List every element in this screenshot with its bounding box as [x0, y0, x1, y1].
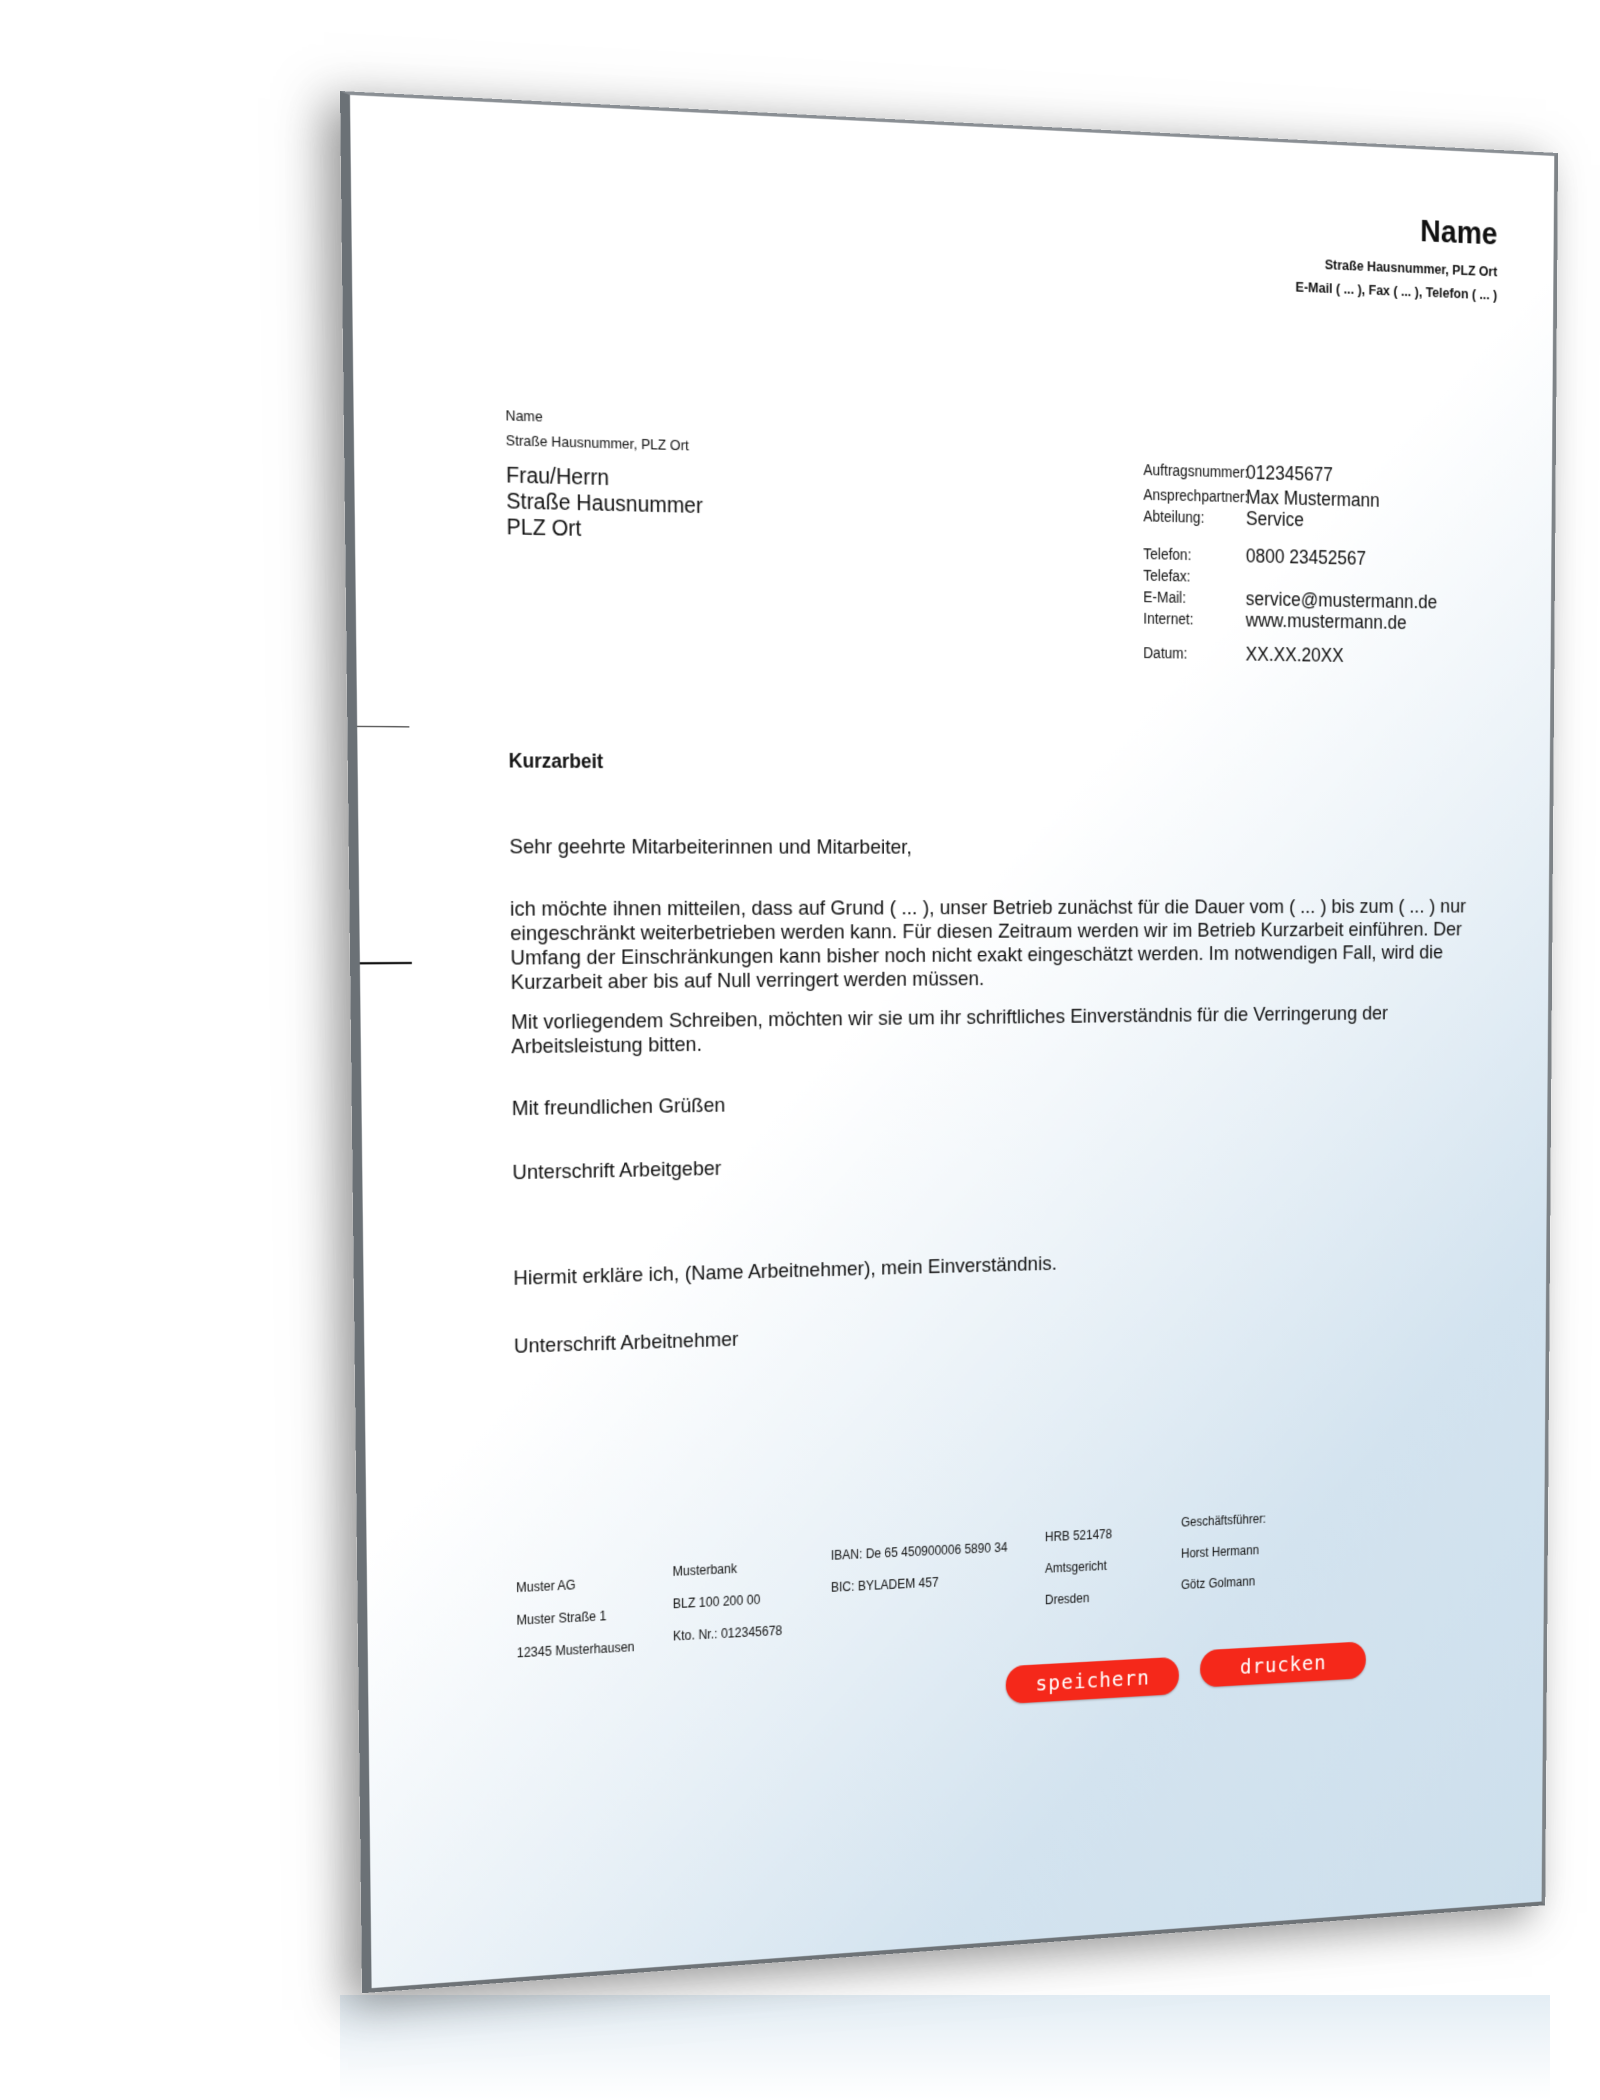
fold-mark-top: [357, 726, 409, 728]
footer-manager-2: Götz Golmann: [1181, 1565, 1266, 1600]
footer-company-city: 12345 Musterhausen: [517, 1631, 635, 1670]
info-label: Ansprechpartner:: [1143, 486, 1248, 506]
fold-mark-middle: [360, 962, 412, 965]
footer-management-label: Geschäftsführer:: [1181, 1503, 1266, 1538]
letter-paragraph-2: Mit vorliegendem Schreiben, möchten wir …: [511, 1001, 1505, 1059]
letter-salutation: Sehr geehrte Mitarbeiterinnen und Mitarb…: [509, 836, 1505, 861]
sender-address: Straße Hausnummer, PLZ Ort: [1325, 256, 1498, 279]
recipient-line3: PLZ Ort: [506, 515, 703, 545]
signature-employee: Unterschrift Arbeitnehmer: [514, 1304, 1503, 1359]
letter-closing: Mit freundlichen Grüßen: [512, 1082, 1504, 1122]
footer-management: Geschäftsführer: Horst Hermann Götz Golm…: [1181, 1503, 1266, 1600]
sender-contact: E-Mail ( ... ), Fax ( ... ), Telefon ( .…: [1296, 279, 1498, 303]
footer-bank: Musterbank BLZ 100 200 00 Kto. Nr.: 0123…: [672, 1550, 782, 1652]
info-value: XX.XX.20XX: [1246, 643, 1344, 667]
info-block: Auftragsnummer:012345677Ansprechpartner:…: [350, 95, 1554, 156]
info-label: Auftragsnummer:: [1143, 461, 1248, 481]
info-value: 012345677: [1246, 462, 1333, 487]
save-button[interactable]: speichern: [1006, 1657, 1179, 1704]
footer-manager-1: Horst Hermann: [1181, 1534, 1266, 1569]
letter-paragraph-1: ich möchte ihnen mitteilen, dass auf Gru…: [510, 896, 1505, 996]
recipient-address: Frau/Herrn Straße Hausnummer PLZ Ort: [506, 463, 703, 545]
footer-bank-name: Musterbank: [672, 1550, 782, 1587]
footer-court: Amtsgericht: [1045, 1550, 1112, 1585]
info-label: E-Mail:: [1143, 588, 1186, 606]
info-label: Datum:: [1143, 644, 1187, 662]
info-label: Internet:: [1143, 610, 1193, 628]
letter-subject: Kurzarbeit: [509, 750, 604, 774]
footer-court-city: Dresden: [1045, 1581, 1112, 1616]
signature-employer: Unterschrift Arbeitgeber: [512, 1142, 1503, 1186]
footer-company: Muster AG Muster Straße 1 12345 Musterha…: [516, 1566, 635, 1669]
info-label: Telefax:: [1143, 567, 1190, 585]
sheet-reflection: [340, 1995, 1550, 2100]
return-name: Name: [505, 407, 542, 425]
footer-register: HRB 521478 Amtsgericht Dresden: [1045, 1518, 1112, 1616]
info-label: Abteilung:: [1143, 507, 1204, 526]
consent-statement: Hiermit erkläre ich, (Name Arbeitnehmer)…: [513, 1241, 1503, 1292]
sender-name: Name: [1420, 213, 1497, 253]
footer-hrb: HRB 521478: [1045, 1518, 1112, 1553]
info-value: Service: [1246, 508, 1304, 532]
info-label: Telefon:: [1143, 545, 1191, 563]
print-button[interactable]: drucken: [1200, 1641, 1366, 1687]
info-value: www.mustermann.de: [1246, 609, 1407, 634]
footer-bank-account: Kto. Nr.: 012345678: [673, 1615, 782, 1653]
return-address: Straße Hausnummer, PLZ Ort: [506, 432, 689, 454]
info-value: 0800 23452567: [1246, 545, 1366, 570]
footer-iban: IBAN: De 65 450900006 5890 34 BIC: BYLAD…: [831, 1531, 1008, 1603]
letter-sheet: Name Straße Hausnummer, PLZ Ort E-Mail (…: [340, 91, 1558, 1993]
